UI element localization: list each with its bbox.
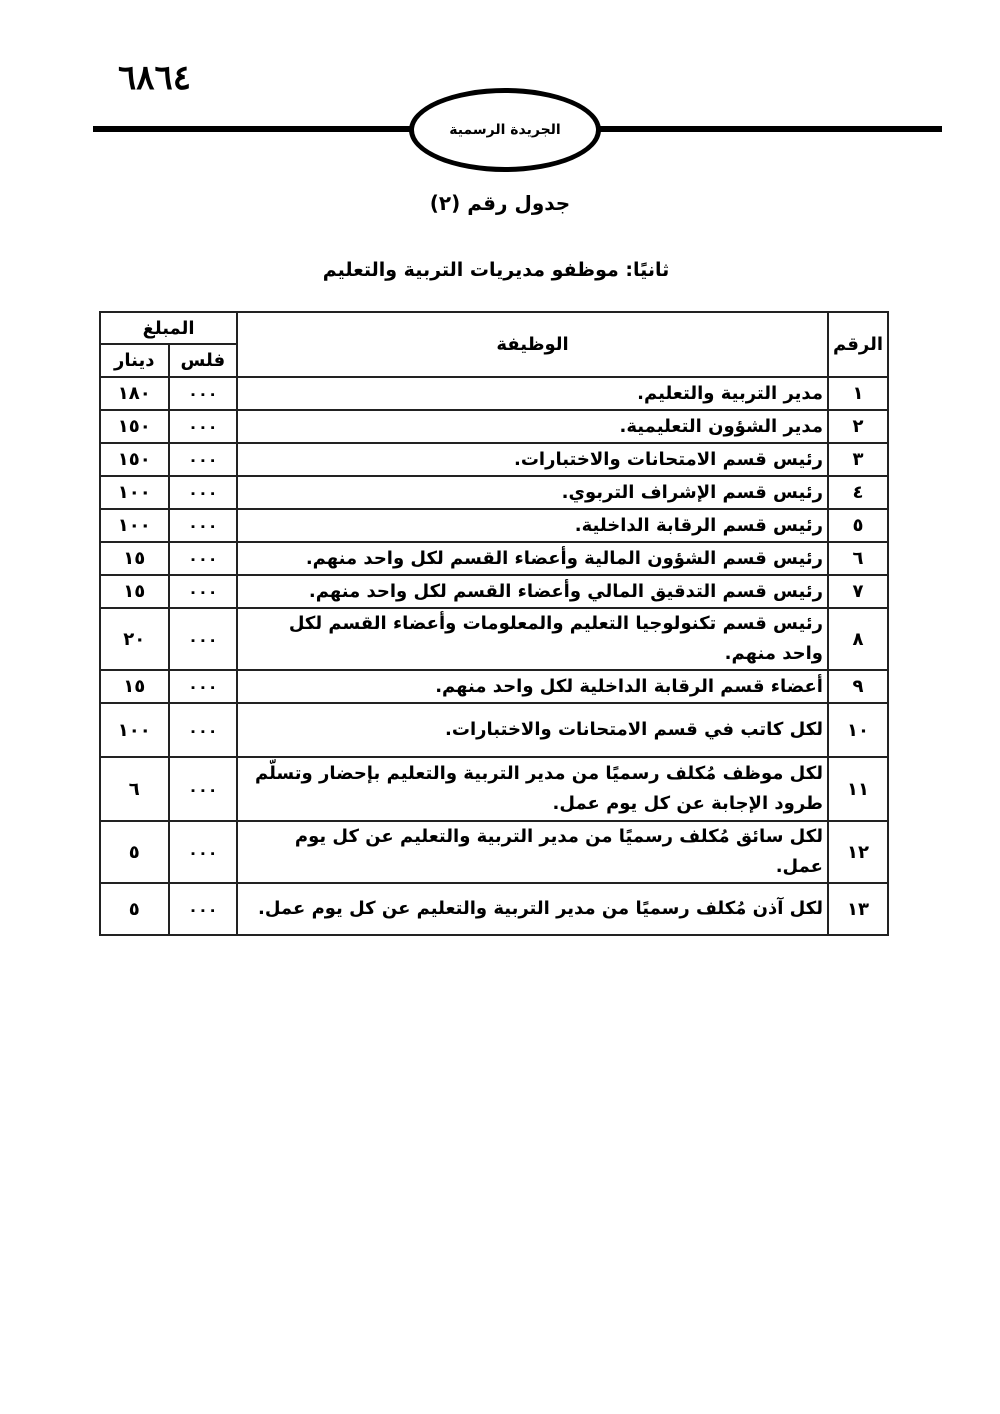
row-dinar: ٢٠ [100,608,169,670]
row-fils: ٠٠٠ [169,670,238,703]
header-rule-left [93,126,411,132]
row-fils: ٠٠٠ [169,377,238,410]
row-fils: ٠٠٠ [169,757,238,821]
gazette-name: الجريدة الرسمية [449,122,560,138]
header-amount: المبلغ [100,312,237,344]
row-fils: ٠٠٠ [169,821,238,883]
row-job: رئيس قسم الامتحانات والاختبارات. [237,443,828,476]
row-job: رئيس قسم الرقابة الداخلية. [237,509,828,542]
allowances-table: الرقم الوظيفة المبلغ فلس دينار ١ مدير ال… [99,311,889,936]
header-job: الوظيفة [237,312,828,377]
row-job: مدير الشؤون التعليمية. [237,410,828,443]
row-job: أعضاء قسم الرقابة الداخلية لكل واحد منهم… [237,670,828,703]
section-title: ثانيًا: موظفو مديريات التربية والتعليم [0,259,992,281]
row-number: ٧ [828,575,888,608]
row-number: ١٢ [828,821,888,883]
row-number: ٤ [828,476,888,509]
row-fils: ٠٠٠ [169,410,238,443]
row-fils: ٠٠٠ [169,703,238,757]
row-number: ١٣ [828,883,888,935]
table-row: ٧ رئيس قسم التدقيق المالي وأعضاء القسم ل… [100,575,888,608]
row-dinar: ١٥٠ [100,410,169,443]
row-fils: ٠٠٠ [169,476,238,509]
row-number: ٢ [828,410,888,443]
row-fils: ٠٠٠ [169,883,238,935]
row-number: ١٠ [828,703,888,757]
table-row: ١١ لكل موظف مُكلف رسميًا من مدير التربية… [100,757,888,821]
row-dinar: ١٠٠ [100,509,169,542]
table-row: ١ مدير التربية والتعليم. ٠٠٠ ١٨٠ [100,377,888,410]
table-header-row: الرقم الوظيفة المبلغ [100,312,888,344]
table-row: ٥ رئيس قسم الرقابة الداخلية. ٠٠٠ ١٠٠ [100,509,888,542]
gazette-page: ٦٨٦٤ الجريدة الرسمية جدول رقم (٢) ثانيًا… [0,0,1000,1414]
row-number: ٥ [828,509,888,542]
row-dinar: ١٠٠ [100,703,169,757]
row-number: ١١ [828,757,888,821]
row-dinar: ١٥ [100,575,169,608]
table-row: ٤ رئيس قسم الإشراف التربوي. ٠٠٠ ١٠٠ [100,476,888,509]
table-row: ٩ أعضاء قسم الرقابة الداخلية لكل واحد من… [100,670,888,703]
row-job: رئيس قسم الشؤون المالية وأعضاء القسم لكل… [237,542,828,575]
header-rule-right [598,126,942,132]
row-dinar: ١٨٠ [100,377,169,410]
table-row: ١٢ لكل سائق مُكلف رسميًا من مدير التربية… [100,821,888,883]
page-number: ٦٨٦٤ [118,58,191,98]
row-dinar: ٥ [100,821,169,883]
table-row: ٣ رئيس قسم الامتحانات والاختبارات. ٠٠٠ ١… [100,443,888,476]
row-number: ٦ [828,542,888,575]
table-title: جدول رقم (٢) [0,191,1000,215]
header-fils: فلس [169,344,238,377]
row-dinar: ٥ [100,883,169,935]
row-number: ٨ [828,608,888,670]
row-dinar: ٦ [100,757,169,821]
row-fils: ٠٠٠ [169,509,238,542]
row-job: رئيس قسم الإشراف التربوي. [237,476,828,509]
row-number: ٩ [828,670,888,703]
row-job: رئيس قسم التدقيق المالي وأعضاء القسم لكل… [237,575,828,608]
row-dinar: ١٥ [100,542,169,575]
row-fils: ٠٠٠ [169,575,238,608]
row-fils: ٠٠٠ [169,542,238,575]
header-number: الرقم [828,312,888,377]
table-row: ٦ رئيس قسم الشؤون المالية وأعضاء القسم ل… [100,542,888,575]
row-job: لكل سائق مُكلف رسميًا من مدير التربية وا… [237,821,828,883]
table-row: ٨ رئيس قسم تكنولوجيا التعليم والمعلومات … [100,608,888,670]
row-job: لكل آذن مُكلف رسميًا من مدير التربية وال… [237,883,828,935]
row-dinar: ١٥ [100,670,169,703]
table-row: ١٠ لكل كاتب في قسم الامتحانات والاختبارا… [100,703,888,757]
gazette-emblem-oval: الجريدة الرسمية [409,88,601,172]
row-number: ١ [828,377,888,410]
row-job: مدير التربية والتعليم. [237,377,828,410]
row-job: لكل كاتب في قسم الامتحانات والاختبارات. [237,703,828,757]
row-fils: ٠٠٠ [169,443,238,476]
row-job: لكل موظف مُكلف رسميًا من مدير التربية وا… [237,757,828,821]
header-dinar: دينار [100,344,169,377]
table-row: ١٣ لكل آذن مُكلف رسميًا من مدير التربية … [100,883,888,935]
row-job: رئيس قسم تكنولوجيا التعليم والمعلومات وأ… [237,608,828,670]
row-dinar: ١٠٠ [100,476,169,509]
row-fils: ٠٠٠ [169,608,238,670]
row-number: ٣ [828,443,888,476]
row-dinar: ١٥٠ [100,443,169,476]
table-row: ٢ مدير الشؤون التعليمية. ٠٠٠ ١٥٠ [100,410,888,443]
